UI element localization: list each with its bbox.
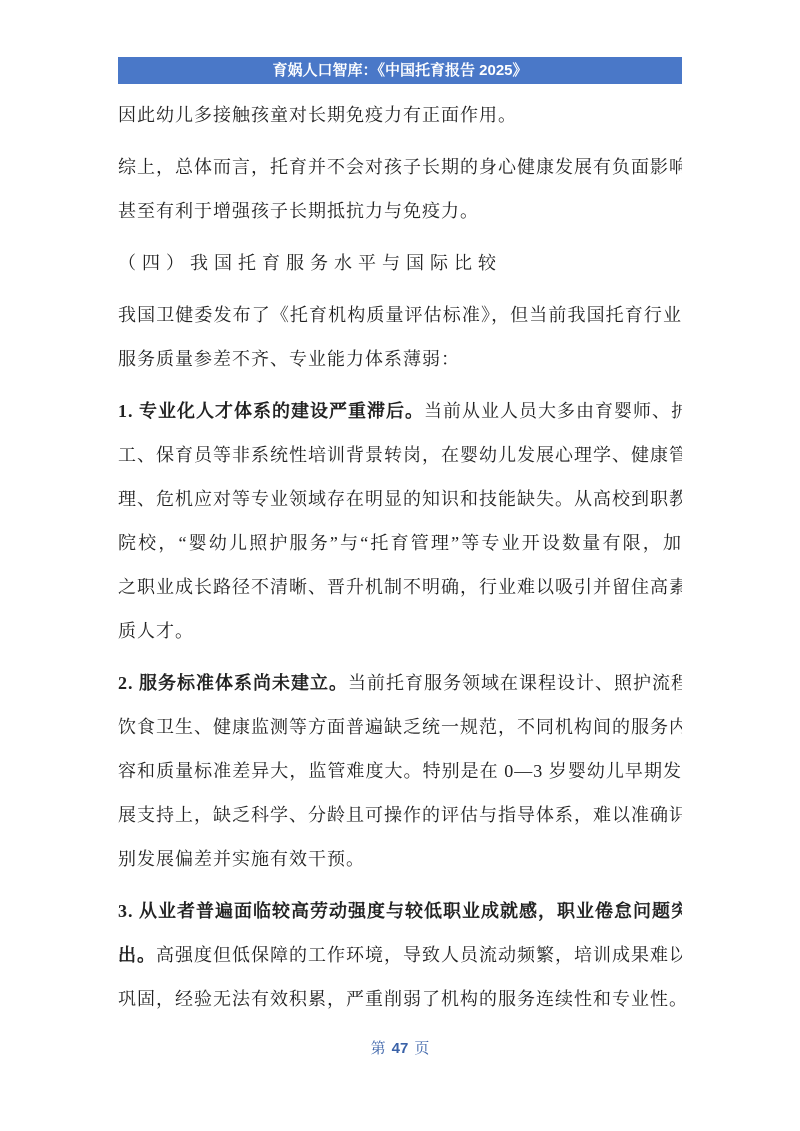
section-heading-four: （四）我国托育服务水平与国际比较 [118,241,682,285]
footer-prefix: 第 [371,1041,386,1057]
text-line: 质人才。 [118,609,682,653]
text-line: 展支持上，缺乏科学、分龄且可操作的评估与指导体系，难以准确识 [118,793,682,837]
text-line: 3. 从业者普遍面临较高劳动强度与较低职业成就感，职业倦怠问题突 [118,889,682,933]
page-footer: 第47页 [0,1038,800,1060]
text-line: 院校，“婴幼儿照护服务”与“托育管理”等专业开设数量有限，加 [118,521,682,565]
text-line: 甚至有利于增强孩子长期抵抗力与免疫力。 [118,189,682,233]
text-line: 理、危机应对等专业领域存在明显的知识和技能缺失。从高校到职教 [118,477,682,521]
text-line: （四）我国托育服务水平与国际比较 [118,241,682,285]
text-line: 服务质量参差不齐、专业能力体系薄弱： [118,337,682,381]
text-line: 容和质量标准差异大，监管难度大。特别是在 0—3 岁婴幼儿早期发 [118,749,682,793]
text-line: 饮食卫生、健康监测等方面普遍缺乏统一规范，不同机构间的服务内 [118,705,682,749]
text-line: 因此幼儿多接触孩童对长期免疫力有正面作用。 [118,93,682,137]
document-body: 因此幼儿多接触孩童对长期免疫力有正面作用。综上，总体而言，托育并不会对孩子长期的… [118,93,682,1021]
footer-suffix: 页 [414,1041,429,1057]
paragraph-item-3-burnout: 3. 从业者普遍面临较高劳动强度与较低职业成就感，职业倦怠问题突出。高强度但低保… [118,889,682,1021]
text-line: 2. 服务标准体系尚未建立。当前托育服务领域在课程设计、照护流程、 [118,661,682,705]
paragraph-standards-intro: 我国卫健委发布了《托育机构质量评估标准》，但当前我国托育行业服务质量参差不齐、专… [118,293,682,381]
text-line: 1. 专业化人才体系的建设严重滞后。当前从业人员大多由育婴师、护 [118,389,682,433]
text-line: 之职业成长路径不清晰、晋升机制不明确，行业难以吸引并留住高素 [118,565,682,609]
paragraph-immunity-conclusion: 因此幼儿多接触孩童对长期免疫力有正面作用。 [118,93,682,137]
text-line: 别发展偏差并实施有效干预。 [118,837,682,881]
document-page: 育娲人口智库：《中国托育报告 2025》 因此幼儿多接触孩童对长期免疫力有正面作… [0,0,800,1131]
paragraph-item-2-service-standards: 2. 服务标准体系尚未建立。当前托育服务领域在课程设计、照护流程、饮食卫生、健康… [118,661,682,881]
paragraph-overall-summary: 综上，总体而言，托育并不会对孩子长期的身心健康发展有负面影响，甚至有利于增强孩子… [118,145,682,233]
header-title: 育娲人口智库：《中国托育报告 2025》 [118,57,682,84]
text-line: 我国卫健委发布了《托育机构质量评估标准》，但当前我国托育行业 [118,293,682,337]
page-header-bar: 育娲人口智库：《中国托育报告 2025》 [118,57,682,84]
text-line: 综上，总体而言，托育并不会对孩子长期的身心健康发展有负面影响， [118,145,682,189]
text-line: 工、保育员等非系统性培训背景转岗，在婴幼儿发展心理学、健康管 [118,433,682,477]
paragraph-item-1-talent-system: 1. 专业化人才体系的建设严重滞后。当前从业人员大多由育婴师、护工、保育员等非系… [118,389,682,653]
text-line: 出。高强度但低保障的工作环境，导致人员流动频繁，培训成果难以 [118,933,682,977]
text-line: 巩固，经验无法有效积累，严重削弱了机构的服务连续性和专业性。 [118,977,682,1021]
footer-page-number: 47 [392,1040,409,1057]
